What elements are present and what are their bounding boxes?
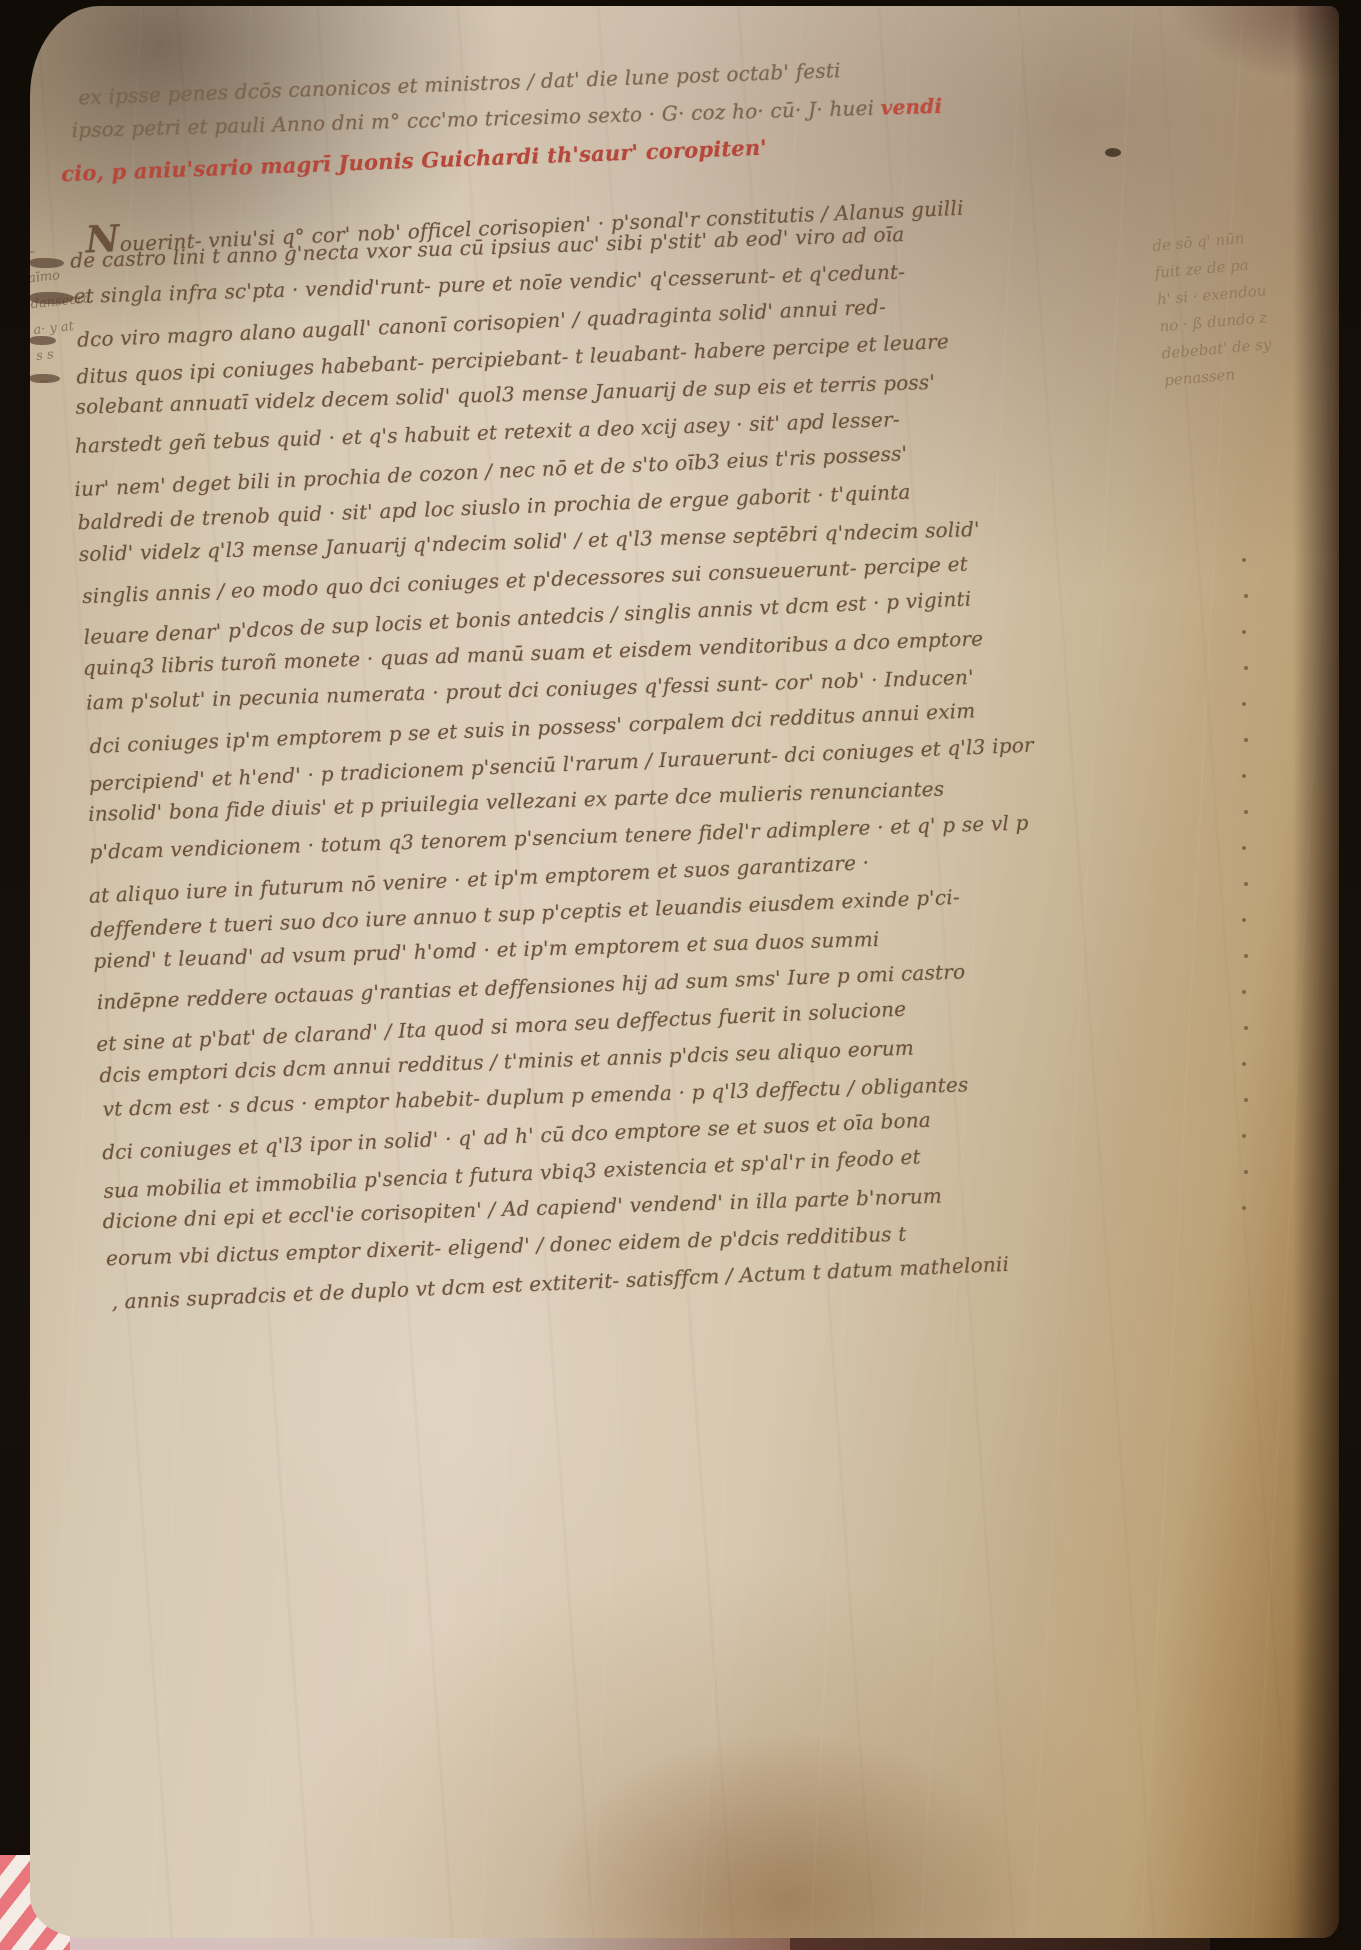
prick-dot [1242, 1206, 1246, 1210]
prick-dot [1242, 846, 1246, 850]
prick-dot [1242, 1062, 1246, 1066]
bottom-shadow-strip [790, 1938, 1210, 1950]
prick-dot [1244, 1170, 1248, 1174]
prick-dot [1242, 630, 1246, 634]
photo-frame: ex ipsse penes dcōs canonicos et ministr… [0, 0, 1361, 1950]
prick-dot [1244, 1098, 1248, 1102]
prick-dot [1244, 810, 1248, 814]
prick-dot [1242, 1134, 1246, 1138]
prev-folio-mark [30, 374, 60, 383]
prick-dot [1244, 738, 1248, 742]
prev-folio-mark [30, 258, 64, 268]
prick-dot [1244, 594, 1248, 598]
prick-dot [1242, 702, 1246, 706]
prick-dot [1244, 882, 1248, 886]
prick-dot [1242, 918, 1246, 922]
prick-dot [1242, 774, 1246, 778]
prick-dot [1242, 558, 1246, 562]
prev-folio-mark [30, 292, 74, 304]
manuscript-page: ex ipsse penes dcōs canonicos et ministr… [30, 6, 1339, 1938]
prick-dot [1242, 990, 1246, 994]
manuscript-text: ex ipsse penes dcōs canonicos et ministr… [58, 45, 1262, 1324]
prev-folio-mark [30, 336, 56, 345]
text-segment: vendi [880, 94, 942, 120]
prick-dot [1244, 954, 1248, 958]
prick-dot [1244, 1026, 1248, 1030]
right-margin-note: de sō q' nūnfuit ze de pah' si · exendou… [1151, 216, 1339, 395]
prick-dot [1244, 666, 1248, 670]
